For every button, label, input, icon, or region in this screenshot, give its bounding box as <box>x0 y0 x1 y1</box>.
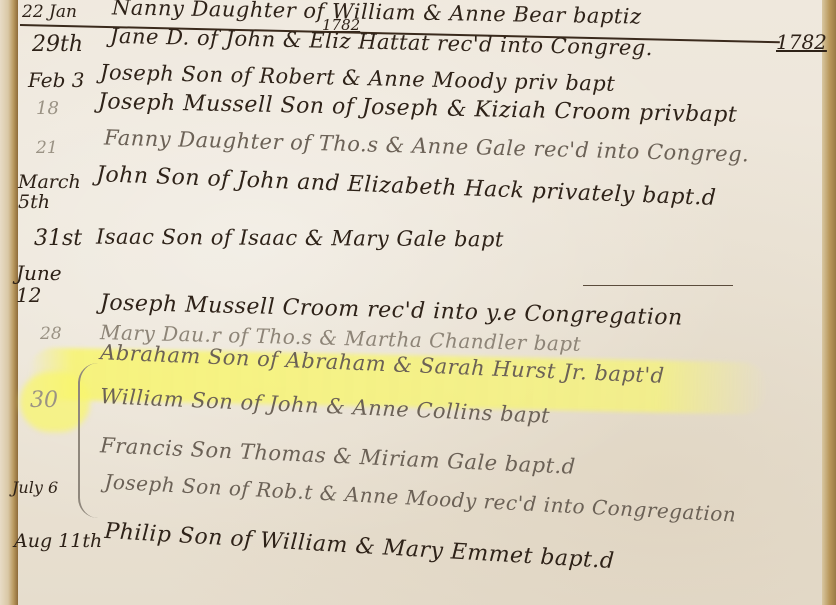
bracket-grouping-mark <box>78 363 98 518</box>
register-page: 1782 1782 22 Jan Nanny Daughter of Willi… <box>0 0 836 605</box>
entry-date: 31st <box>34 226 82 251</box>
entry-text: Fanny Daughter of Tho.s & Anne Gale rec'… <box>104 126 750 167</box>
entry-date: Feb 3 <box>28 68 85 92</box>
entry-date: July 6 <box>12 478 58 497</box>
line-end-dash <box>583 285 733 286</box>
entry-date: 30 <box>30 388 58 413</box>
entry-date: 21 <box>36 138 58 158</box>
entry-text: John Son of John and Elizabeth Hack priv… <box>96 162 717 211</box>
entry-text: Philip Son of William & Mary Emmet bapt.… <box>104 519 615 574</box>
entry-text: Jane D. of John & Eliz Hattat rec'd into… <box>110 24 653 60</box>
entry-text: Joseph Mussell Son of Joseph & Kiziah Cr… <box>98 89 738 127</box>
entry-text: Isaac Son of Isaac & Mary Gale bapt <box>96 225 504 252</box>
entry-date: 18 <box>36 98 59 119</box>
margin-year: 1782 <box>776 30 827 54</box>
entry-date: 22 Jan <box>22 2 77 22</box>
entry-text: Joseph Son of Rob.t & Anne Moody rec'd i… <box>104 469 737 526</box>
entry-date: June 12 <box>16 262 76 306</box>
right-binding-edge <box>822 0 836 605</box>
entry-date: 29th <box>32 32 83 57</box>
entry-text: Nanny Daughter of William & Anne Bear ba… <box>112 0 642 29</box>
entry-date: March 5th <box>18 172 78 212</box>
entry-date: Aug 11th <box>14 530 102 552</box>
entry-date: 28 <box>40 324 62 344</box>
